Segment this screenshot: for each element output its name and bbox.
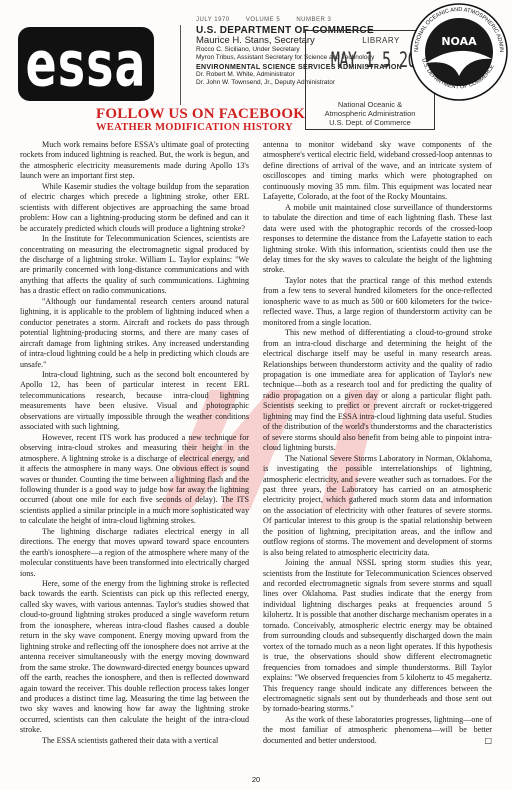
- right-column: antenna to monitor wideband sky wave com…: [263, 140, 492, 746]
- paragraph-continuation: antenna to monitor wideband sky wave com…: [263, 140, 492, 203]
- paragraph: Much work remains before ESSA's ultimate…: [20, 140, 249, 182]
- headline-subtitle: WEATHER MODIFICATION HISTORY: [96, 122, 305, 133]
- paragraph-final: As the work of these laboratories progre…: [263, 715, 492, 746]
- paragraph: The ESSA scientists gathered their data …: [20, 736, 249, 746]
- page-number: 20: [0, 775, 512, 784]
- masthead-divider: [180, 25, 181, 105]
- paragraph: Intra-cloud lightning, such as the secon…: [20, 370, 249, 433]
- essa-logo: essa: [18, 27, 154, 101]
- paragraph: Here, some of the energy from the lightn…: [20, 579, 249, 736]
- headline: FOLLOW US ON FACEBOOK WEATHER MODIFICATI…: [96, 107, 305, 133]
- paragraph: The National Severe Storms Laboratory in…: [263, 454, 492, 559]
- stamp-line-1: National Oceanic &: [306, 100, 434, 109]
- headline-facebook: FOLLOW US ON FACEBOOK: [96, 107, 305, 122]
- paragraph: This new method of differentiating a clo…: [263, 328, 492, 453]
- paragraph: However, recent ITS work has produced a …: [20, 433, 249, 527]
- paragraph: The lightning discharge radiates electri…: [20, 527, 249, 579]
- masthead: essa JULY 1970 VOLUME 5 NUMBER 3 U.S. DE…: [0, 0, 512, 100]
- issue-volume: VOLUME 5: [246, 17, 280, 23]
- issue-date: JULY 1970: [196, 17, 230, 23]
- issue-line: JULY 1970 VOLUME 5 NUMBER 3: [196, 17, 436, 23]
- stamp-line-3: U.S. Dept. of Commerce: [306, 118, 434, 127]
- paragraph: In the Institute for Telecommunication S…: [20, 234, 249, 297]
- paragraph: A mobile unit maintained close surveilla…: [263, 203, 492, 276]
- paragraph: While Kasemir studies the voltage buildu…: [20, 182, 249, 234]
- issue-number: NUMBER 3: [296, 17, 331, 23]
- noaa-seal-icon: NOAA NATIONAL OCEANIC AND ATMOSPHERIC AD…: [408, 1, 510, 103]
- left-column: Much work remains before ESSA's ultimate…: [20, 140, 249, 746]
- stamp-footer: National Oceanic & Atmospheric Administr…: [305, 100, 435, 130]
- stamp-line-2: Atmospheric Administration: [306, 109, 434, 118]
- paragraph: Taylor notes that the practical range of…: [263, 276, 492, 328]
- paragraph: "Although our fundamental research cente…: [20, 297, 249, 370]
- paragraph: Joining the annual NSSL spring storm stu…: [263, 558, 492, 715]
- end-mark-icon: □: [462, 736, 492, 746]
- noaa-text: NOAA: [441, 35, 477, 48]
